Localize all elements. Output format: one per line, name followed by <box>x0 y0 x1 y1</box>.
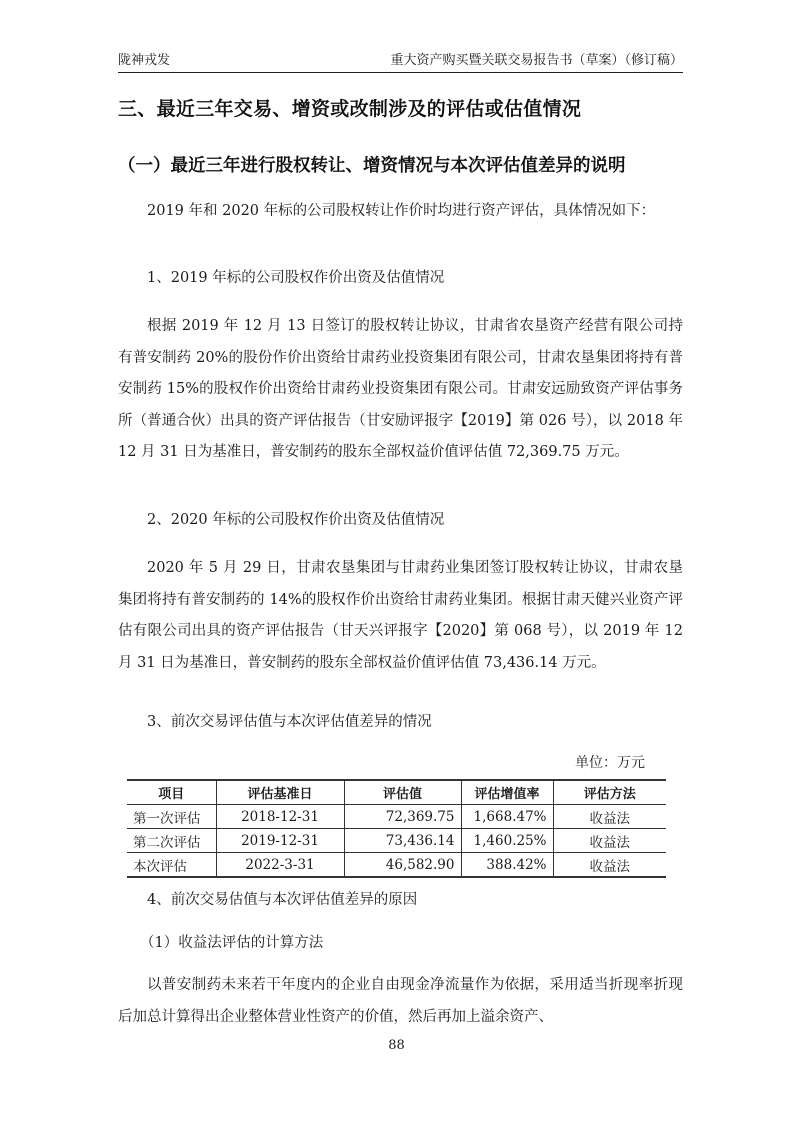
cell-value: 73,436.14 <box>344 829 461 853</box>
cell-method: 收益法 <box>553 805 666 829</box>
col-header-item: 项目 <box>127 780 216 805</box>
cell-appreciation-rate: 1,668.47% <box>461 805 553 829</box>
item3-heading: 3、前次交易评估值与本次评估值差异的情况 <box>147 712 432 732</box>
section-title: 三、最近三年交易、增资或改制涉及的评估或估值情况 <box>118 94 581 121</box>
cell-value: 46,582.90 <box>344 853 461 878</box>
item1-heading: 1、2019 年标的公司股权作价出资及估值情况 <box>147 268 444 288</box>
cell-base-date: 2019-12-31 <box>216 829 344 853</box>
cell-base-date: 2022-3-31 <box>216 853 344 878</box>
col-header-method: 评估方法 <box>553 780 666 805</box>
table-header-row: 项目 评估基准日 评估值 评估增值率 评估方法 <box>127 780 666 805</box>
cell-item: 第一次评估 <box>127 805 216 829</box>
subsection-title: （一）最近三年进行股权转让、增资情况与本次评估值差异的说明 <box>118 152 626 177</box>
cell-method: 收益法 <box>553 829 666 853</box>
cell-item: 第二次评估 <box>127 829 216 853</box>
valuation-comparison-table: 项目 评估基准日 评估值 评估增值率 评估方法 第一次评估 2018-12-31… <box>127 779 666 878</box>
cell-method: 收益法 <box>553 853 666 878</box>
page-header: 陇神戎发 重大资产购买暨关联交易报告书（草案）（修订稿） <box>118 52 683 73</box>
item1-paragraph: 根据 2019 年 12 月 13 日签订的股权转让协议，甘肃省农垦资产经营有限… <box>118 311 683 469</box>
item4-heading: 4、前次交易估值与本次评估值差异的原因 <box>147 890 417 910</box>
col-header-base-date: 评估基准日 <box>216 780 344 805</box>
page-number: 88 <box>0 1038 793 1053</box>
col-header-appreciation-rate: 评估增值率 <box>461 780 553 805</box>
item4-sub-heading: （1）收益法评估的计算方法 <box>140 933 323 953</box>
cell-value: 72,369.75 <box>344 805 461 829</box>
table-row: 本次评估 2022-3-31 46,582.90 388.42% 收益法 <box>127 853 666 878</box>
unit-label: 单位：万元 <box>575 752 645 772</box>
header-document-title: 重大资产购买暨关联交易报告书（草案）（修订稿） <box>390 52 683 70</box>
item2-paragraph: 2020 年 5 月 29 日，甘肃农垦集团与甘肃药业集团签订股权转让协议，甘肃… <box>118 553 683 679</box>
table-row: 第一次评估 2018-12-31 72,369.75 1,668.47% 收益法 <box>127 805 666 829</box>
intro-paragraph: 2019 年和 2020 年标的公司股权转让作价时均进行资产评估，具体情况如下： <box>118 196 683 228</box>
cell-item: 本次评估 <box>127 853 216 878</box>
col-header-value: 评估值 <box>344 780 461 805</box>
cell-appreciation-rate: 388.42% <box>461 853 553 878</box>
header-company-name: 陇神戎发 <box>118 52 170 70</box>
item2-heading: 2、2020 年标的公司股权作价出资及估值情况 <box>147 510 444 530</box>
cell-base-date: 2018-12-31 <box>216 805 344 829</box>
table-row: 第二次评估 2019-12-31 73,436.14 1,460.25% 收益法 <box>127 829 666 853</box>
cell-appreciation-rate: 1,460.25% <box>461 829 553 853</box>
item4-paragraph: 以普安制药未来若干年度内的企业自由现金净流量作为依据，采用适当折现率折现后加总计… <box>118 970 683 1033</box>
